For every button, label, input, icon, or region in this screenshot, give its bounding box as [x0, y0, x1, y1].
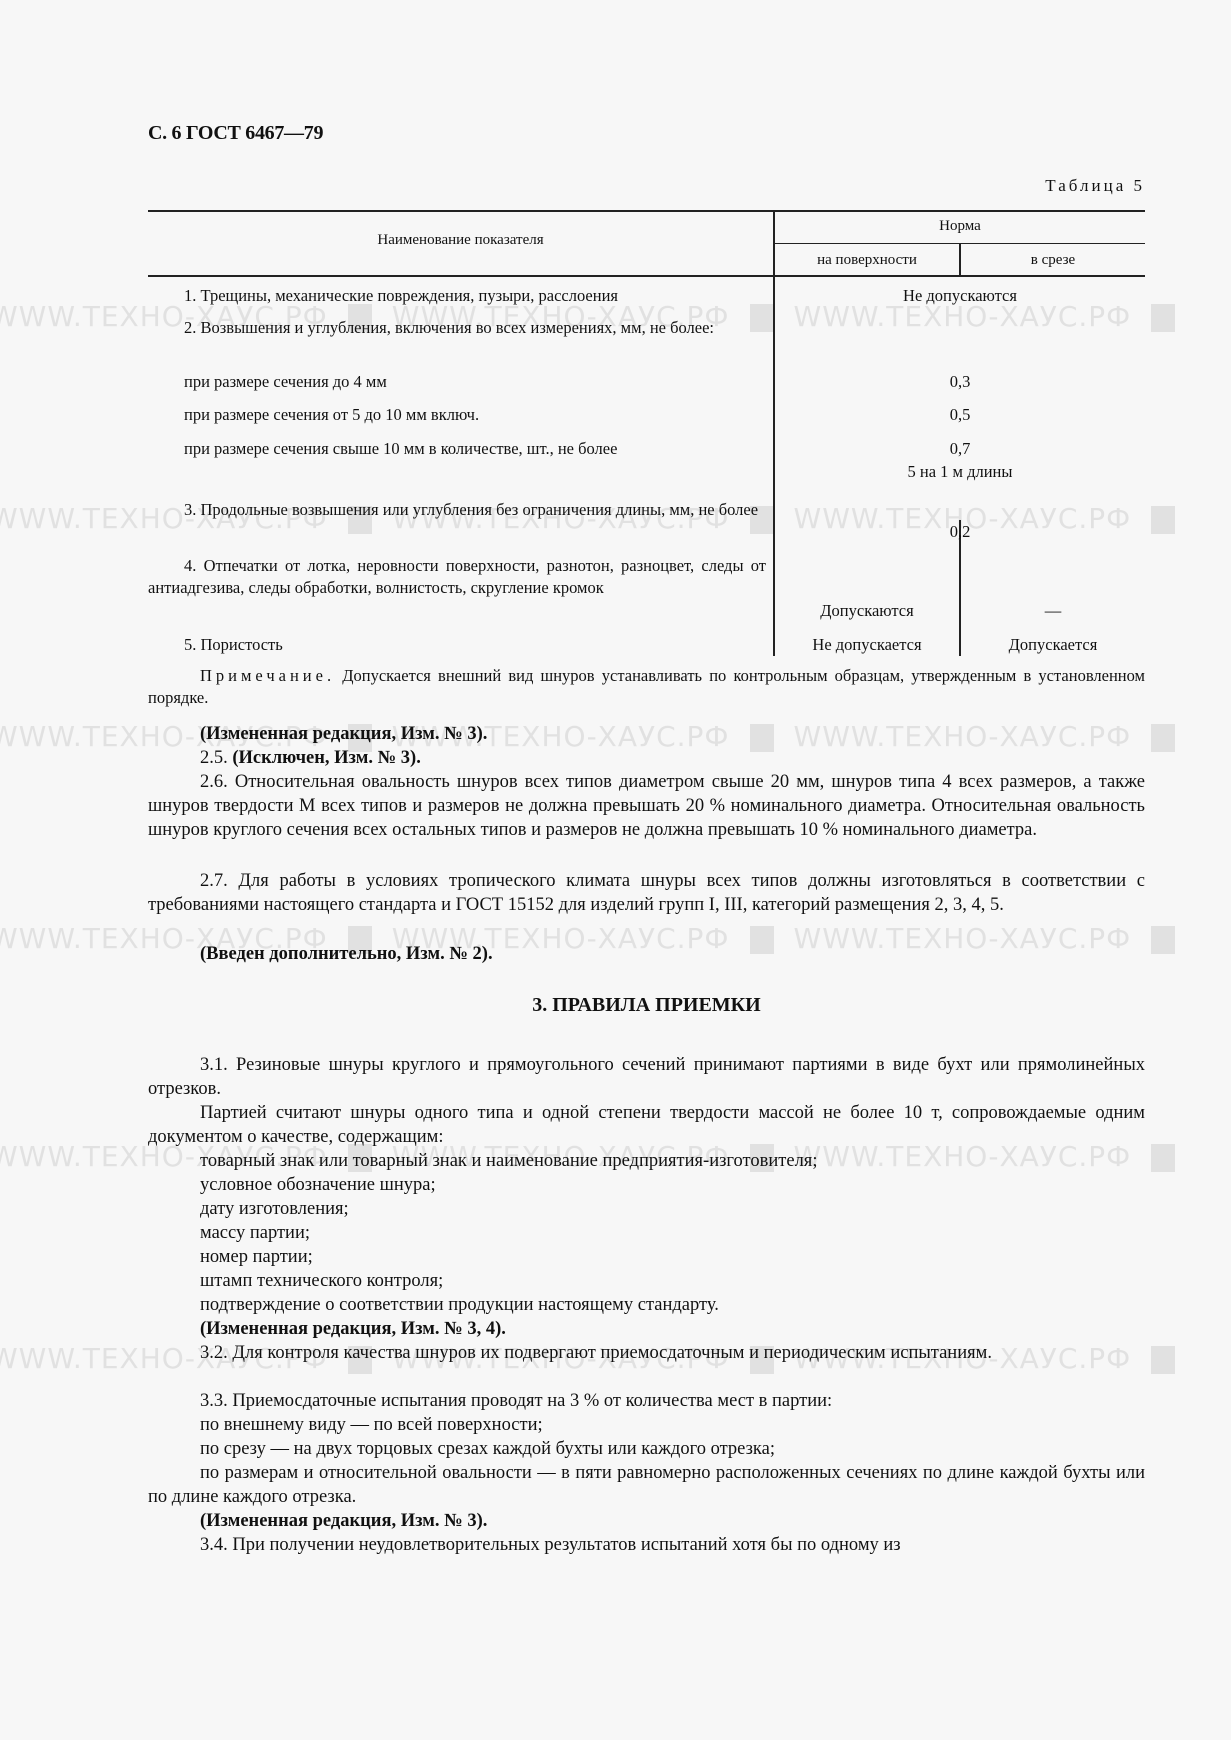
header-norm: Норма [775, 218, 1145, 235]
table-row-value: Не допускаются [775, 285, 1145, 307]
list-item: по срезу — на двух торцовых срезах каждо… [148, 1437, 1145, 1461]
paragraph-3-4: 3.4. При получении неудовлетворительных … [148, 1533, 1145, 1557]
table-row-value: 0,2 [775, 521, 1145, 543]
list-item: штамп технического контроля; [148, 1269, 1145, 1293]
amendment-note: (Измененная редакция, Изм. № 3). [148, 1509, 1145, 1533]
paragraph-3-2: 3.2. Для контроля качества шнуров их под… [148, 1341, 1145, 1365]
table-row-value-cut: Допускается [961, 634, 1145, 656]
list-item: условное обозначение шнура; [148, 1173, 1145, 1197]
paragraph-2-6: 2.6. Относительная овальность шнуров все… [148, 770, 1145, 842]
table-row-value-cut: — [961, 600, 1145, 622]
table-row-label: 2. Возвышения и углубления, включения во… [148, 317, 766, 339]
table-row-label: при размере сечения свыше 10 мм в количе… [148, 438, 766, 460]
header-cut: в срезе [961, 252, 1145, 269]
paragraph-3-1: 3.1. Резиновые шнуры круглого и прямоуго… [148, 1053, 1145, 1101]
table-row-value-surface: Не допускается [775, 634, 959, 656]
table-row-label: 5. Пористость [148, 634, 766, 656]
header-surface: на поверхности [775, 252, 959, 269]
list-item: товарный знак или товарный знак и наимен… [148, 1149, 1145, 1173]
page-header: С. 6 ГОСТ 6467—79 [148, 122, 323, 145]
list-item: подтверждение о соответствии продукции н… [148, 1293, 1145, 1317]
table-row-value-surface: Допускаются [775, 600, 959, 622]
table-header-rule [148, 275, 1145, 277]
table-row-label: при размере сечения от 5 до 10 мм включ. [148, 404, 766, 426]
table-row-label: при размере сечения до 4 мм [148, 371, 766, 393]
amendment-note: (Измененная редакция, Изм. № 3, 4). [148, 1317, 1145, 1341]
table-row-label: 1. Трещины, механические повреждения, пу… [148, 285, 766, 307]
table-row-value: 0,7 [775, 438, 1145, 460]
table-note: Примечание. Допускается внешний вид шнур… [148, 665, 1145, 709]
table-row-label: 3. Продольные возвышения или углубления … [148, 499, 766, 521]
list-item: дату изготовления; [148, 1197, 1145, 1221]
paragraph-3-1b: Партией считают шнуры одного типа и одно… [148, 1101, 1145, 1149]
table-caption: Таблица 5 [1045, 176, 1145, 196]
paragraph-2-5: 2.5. (Исключен, Изм. № 3). [148, 746, 1145, 770]
col-divider-main [773, 210, 775, 656]
header-name: Наименование показателя [148, 232, 773, 249]
table-row-value: 0,5 [775, 404, 1145, 426]
paragraph-3-3: 3.3. Приемосдаточные испытания проводят … [148, 1389, 1145, 1413]
table-row-value-extra: 5 на 1 м длины [775, 461, 1145, 483]
table-row-value: 0,3 [775, 371, 1145, 393]
list-item: по внешнему виду — по всей поверхности; [148, 1413, 1145, 1437]
amendment-note: (Введен дополнительно, Изм. № 2). [148, 942, 1145, 966]
table-top-rule [148, 210, 1145, 212]
section-title: 3. ПРАВИЛА ПРИЕМКИ [148, 994, 1145, 1017]
table-row-label: 4. Отпечатки от лотка, неровности поверх… [148, 555, 766, 599]
list-item: номер партии; [148, 1245, 1145, 1269]
paragraph-3-3c: по размерам и относительной овальности —… [148, 1461, 1145, 1509]
list-item: массу партии; [148, 1221, 1145, 1245]
amendment-note: (Измененная редакция, Изм. № 3). [148, 722, 1145, 746]
note-lead: Примечание. [200, 666, 335, 685]
paragraph-2-7: 2.7. Для работы в условиях тропического … [148, 869, 1145, 917]
